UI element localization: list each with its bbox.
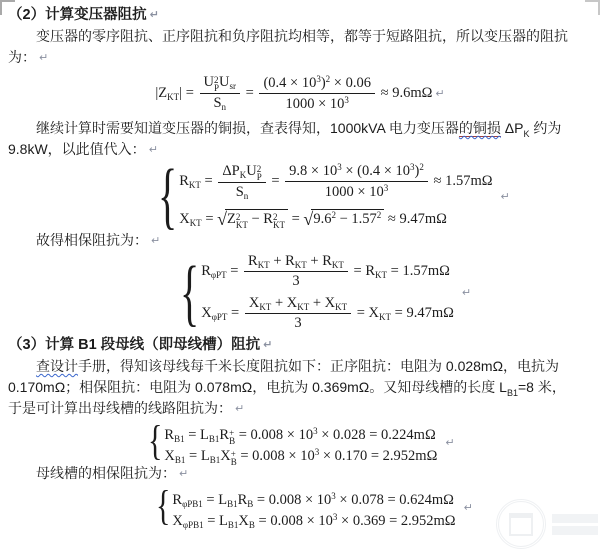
formula-sub: KT (332, 260, 344, 270)
paragraph-line: 查设计手册，得知该母线每千米长度阻抗如下：正序阻抗：电阻为 0.028mΩ，电抗… (8, 356, 592, 377)
fraction: U2PUsrSn (200, 74, 240, 112)
formula-xpt: XφPT = XKT + XKT + XKT3 = XKT = 9.47mΩ (201, 295, 454, 332)
section-2-heading: （2）计算变压器阻抗↵ (8, 4, 592, 26)
formula-sub: n (244, 191, 249, 201)
formula-sup: 2 (419, 162, 424, 172)
spellcheck-marked-text: 的铜损 (459, 120, 501, 137)
formula-sub: n (222, 102, 227, 112)
paragraph-line: 母线槽的相保阻抗为：↵ (8, 463, 592, 484)
square-root: √Z2KT − R2KT (217, 209, 288, 230)
formula-text: 3 (244, 272, 348, 290)
paragraph-line: 继续计算时需要知道变压器的铜损，查表得知，1000kVA 电力变压器的铜损 ΔP… (8, 118, 592, 139)
formula-sub: KT (295, 260, 307, 270)
formula-text: = R (350, 263, 375, 279)
paragraph-line: 变压器的零序阻抗、正序阻抗和负序阻抗均相等，都等于短路阻抗，所以变压器的阻抗 (8, 26, 592, 47)
formula-text: 9.8 × 10 (289, 163, 337, 179)
formula-text: = L (204, 513, 228, 529)
left-brace: { (156, 486, 170, 528)
formula-result: × 0.369 = 2.952mΩ (337, 513, 455, 529)
formula-sup: 2 (377, 210, 382, 220)
paragraph-mark: ↵ (501, 190, 510, 203)
formula-text: = (227, 263, 242, 279)
formula-sub: φPB1 (183, 520, 204, 530)
formula-sub: sr (230, 81, 237, 91)
formula-text: = 0.008 × 10 (253, 492, 331, 508)
paragraph-mark: ↵ (39, 52, 48, 64)
formula-text: 1000 × 10 (325, 184, 384, 200)
formula-text: + R (270, 253, 295, 269)
formula-text: − R (248, 211, 273, 227)
formula-text: R (248, 253, 258, 269)
fraction: (0.4 × 103)2 × 0.061000 × 103 (259, 74, 375, 113)
formula-sub: B1 (210, 455, 221, 465)
fraction: XKT + XKT + XKT3 (245, 295, 351, 332)
formula-result: = 1.57mΩ (387, 263, 450, 279)
formula-text: R (219, 427, 229, 443)
spellcheck-marked-text: 查设计 (36, 358, 78, 374)
paragraph-line: 0.170mΩ；相保阻抗：电阻为 0.078mΩ，电抗为 0.369mΩ。又知母… (8, 377, 592, 398)
formula-text: ΔP (222, 163, 239, 179)
paragraph-mark: ↵ (151, 235, 160, 247)
formula-sub: KT (190, 218, 202, 228)
paragraph-mark: ↵ (464, 501, 473, 514)
section-3-heading-text: （3）计算 B1 段母线（即母线槽）阻抗 (8, 337, 260, 353)
formula-text: X (238, 513, 248, 529)
formula-rkt-xkt: { RKT = ΔPKU2PSn = 9.8 × 103 × (0.4 × 10… (158, 162, 592, 230)
formula-text: R (201, 263, 211, 279)
paragraph-mark: ↵ (445, 436, 454, 449)
paragraph-mark: ↵ (435, 87, 444, 100)
formula-text: R (238, 492, 248, 508)
formula-text: = 0.008 × 10 (255, 513, 333, 529)
formula-result: ≈ 9.47mΩ (384, 211, 447, 227)
fraction: RKT + RKT + RKT3 (244, 253, 348, 290)
body-text: 故得相保阻抗为： (36, 232, 148, 248)
formula-sup: 3 (384, 183, 389, 193)
body-text: 母线槽的相保阻抗为： (36, 465, 176, 481)
watermark-text-bars (552, 511, 598, 538)
formula-text: = (268, 173, 283, 189)
formula-rb1: RB1 = LB1R+B = 0.008 × 103 × 0.028 = 0.2… (164, 421, 437, 442)
fraction: ΔPKU2PSn (218, 163, 265, 201)
watermark-seal-icon (496, 499, 546, 549)
paragraph-mark: ↵ (462, 286, 471, 299)
formula-zkt: |ZKT| = U2PUsrSn = (0.4 × 103)2 × 0.0610… (8, 68, 592, 118)
formula-sub: KT (259, 302, 271, 312)
formula-text: = (242, 84, 257, 100)
formula-result: × 0.170 = 2.952mΩ (319, 448, 437, 464)
left-brace: { (158, 159, 177, 233)
formula-text: U (219, 74, 229, 90)
formula-text: = (202, 211, 217, 227)
paragraph-line: 9.8kW，以此值代入：↵ (8, 139, 592, 160)
formula-sub: KT (379, 312, 391, 322)
paragraph-mark: ↵ (150, 9, 159, 21)
paragraph-mark: ↵ (263, 339, 272, 351)
formula-text: | = (179, 84, 197, 100)
formula-text: S (236, 184, 244, 200)
formula-text: − 1.57 (336, 211, 377, 227)
formula-text: X (172, 513, 182, 529)
sup-sub-stack: 2KT (273, 213, 285, 229)
crop-corner-top-right-icon (585, 0, 600, 15)
formula-sub: KT (335, 302, 347, 312)
formula-sub: B1 (228, 520, 239, 530)
body-text: 变压器的零序阻抗、正序阻抗和负序阻抗均相等，都等于短路阻抗，所以变压器的阻抗 (36, 28, 568, 44)
formula-sub: KT (189, 180, 201, 190)
formula-text: R (172, 492, 182, 508)
formula-text: (0.4 × 10 (263, 75, 316, 91)
formula-text: U (246, 163, 256, 179)
formula-text: S (213, 95, 221, 111)
body-text: 于是可计算出母线槽的线路阻抗为： (8, 400, 232, 416)
formula-text: X (249, 295, 259, 311)
paragraph-line: 故得相保阻抗为：↵ (8, 230, 592, 251)
formula-result: × 0.078 = 0.624mΩ (336, 492, 454, 508)
formula-text: Z (227, 211, 236, 227)
formula-xb1: XB1 = LB1X+B = 0.008 × 103 × 0.170 = 2.9… (164, 442, 437, 463)
formula-sub: B1 (507, 388, 518, 398)
paragraph-mark: ↵ (235, 403, 244, 415)
body-text: 继续计算时需要知道变压器的铜损，查表得知，1000kVA 电力变压器 (36, 120, 459, 136)
formula-rb1-xb1: { RB1 = LB1R+B = 0.008 × 103 × 0.028 = 0… (148, 421, 592, 463)
formula-result: ≈ 1.57mΩ (430, 173, 493, 189)
crop-corner-top-left-icon (0, 0, 15, 15)
body-text: 约为 (530, 120, 562, 136)
left-brace: { (148, 421, 162, 463)
formula-text: 1000 × 10 (285, 96, 344, 112)
formula-text: X (220, 448, 230, 464)
formula-xkt: XKT = √Z2KT − R2KT = √9.62 − 1.572 ≈ 9.4… (179, 209, 492, 230)
formula-result: = 9.47mΩ (391, 305, 454, 321)
formula-rpt: RφPT = RKT + RKT + RKT3 = RKT = 1.57mΩ (201, 253, 454, 290)
body-text: 手册，得知该母线每千米长度阻抗如下：正序阻抗：电阻为 0.028mΩ，电抗为 (78, 358, 559, 374)
formula-text: X (201, 305, 211, 321)
section-3-heading: （3）计算 B1 段母线（即母线槽）阻抗↵ (8, 334, 592, 356)
body-text: 0.170mΩ；相保阻抗：电阻为 0.078mΩ，电抗为 0.369mΩ。又知母… (8, 379, 507, 395)
formula-result: × 0.028 = 0.224mΩ (318, 427, 436, 443)
formula-zkt-body: |ZKT| = U2PUsrSn = (0.4 × 103)2 × 0.0610… (155, 74, 432, 113)
formula-rpt-xpt: { RφPT = RKT + RKT + RKT3 = RKT = 1.57mΩ… (180, 253, 592, 332)
formula-text: = X (353, 305, 379, 321)
formula-text: + X (271, 295, 297, 311)
formula-text: = (227, 305, 242, 321)
paragraph-line: 于是可计算出母线槽的线路阻抗为：↵ (8, 398, 592, 419)
formula-sub: KT (236, 221, 248, 229)
formula-text: + R (307, 253, 332, 269)
formula-text: = (201, 173, 216, 189)
formula-sub: φPT (212, 312, 228, 322)
formula-sub: KT (297, 302, 309, 312)
watermark (496, 499, 598, 549)
formula-text: X (179, 211, 189, 227)
formula-sub: P (257, 173, 262, 181)
document-page: （2）计算变压器阻抗↵ 变压器的零序阻抗、正序阻抗和负序阻抗均相等，都等于短路阻… (0, 0, 600, 553)
body-text: 9.8kW，以此值代入： (8, 141, 146, 157)
formula-sub: φPT (211, 270, 227, 280)
formula-rpb1: RφPB1 = LB1RB = 0.008 × 103 × 0.078 = 0.… (172, 486, 455, 507)
formula-sub: KT (167, 91, 179, 101)
formula-text: × 0.06 (330, 75, 371, 91)
formula-text: + X (309, 295, 335, 311)
sup-sub-stack: 2P (257, 165, 262, 181)
formula-text: 3 (245, 314, 351, 332)
body-text: =8 米， (518, 379, 566, 395)
formula-text: = 0.008 × 10 (235, 427, 313, 443)
paragraph-line: 为：↵ (8, 47, 592, 68)
formula-rkt: RKT = ΔPKU2PSn = 9.8 × 103 × (0.4 × 103)… (179, 162, 492, 201)
paragraph-mark: ↵ (149, 144, 158, 156)
formula-text: R (179, 173, 189, 189)
formula-text: = L (185, 427, 209, 443)
formula-text: × (0.4 × 10 (342, 163, 410, 179)
body-text: ΔP (501, 120, 524, 136)
formula-text: R (164, 427, 174, 443)
formula-text: = L (185, 448, 209, 464)
formula-sub: KT (375, 270, 387, 280)
left-brace: { (180, 256, 199, 330)
formula-text: 9.6 (313, 211, 331, 227)
formula-text: U (204, 74, 214, 90)
sup-sub-stack: 2KT (236, 213, 248, 229)
body-text: 为： (8, 49, 36, 65)
formula-text: |Z (155, 84, 167, 100)
formula-sup: 3 (344, 95, 349, 105)
formula-sub: KT (258, 260, 270, 270)
section-2-heading-text: （2）计算变压器阻抗 (8, 7, 147, 23)
formula-sub: KT (273, 221, 285, 229)
formula-text: X (164, 448, 174, 464)
fraction: 9.8 × 103 × (0.4 × 103)21000 × 103 (285, 162, 428, 201)
formula-text: = L (203, 492, 227, 508)
formula-text: = 0.008 × 10 (237, 448, 315, 464)
formula-text: = (288, 211, 303, 227)
formula-result: ≈ 9.6mΩ (377, 84, 432, 100)
square-root: √9.62 − 1.572 (303, 209, 384, 230)
paragraph-mark: ↵ (179, 468, 188, 480)
formula-xpb1: XφPB1 = LB1XB = 0.008 × 103 × 0.369 = 2.… (172, 507, 455, 528)
